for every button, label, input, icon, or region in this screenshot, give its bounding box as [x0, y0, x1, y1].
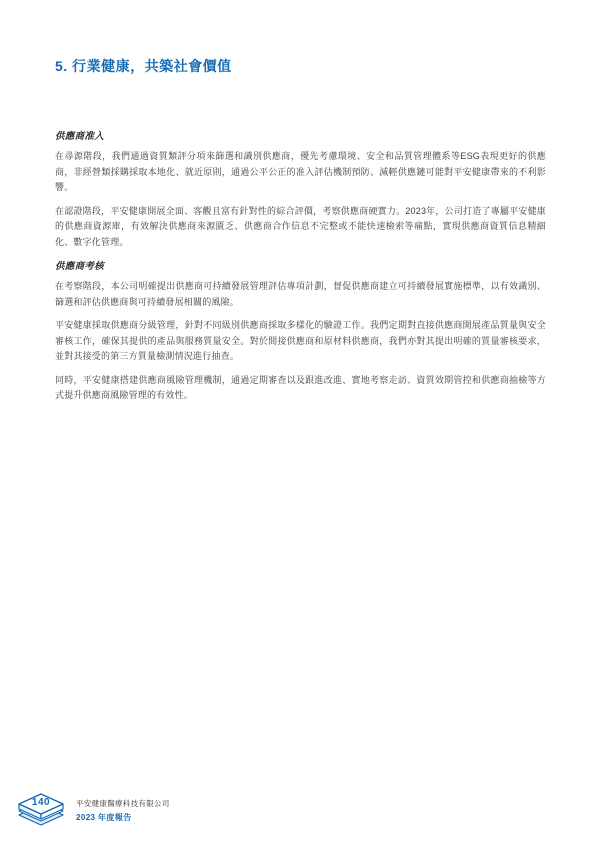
page-number: 140 [17, 797, 65, 808]
page-footer: 140 平安健康醫療科技有限公司 2023 年度報告 [17, 792, 170, 830]
paragraph-certification-stage: 在認證階段，平安健康開展全面、客觀且富有針對性的綜合評價，考察供應商硬實力。20… [55, 204, 546, 251]
paragraph-sourcing-stage: 在尋源階段，我們通過資質類評分項來篩選和識別供應商，優先考慮環境、安全和品質管理… [55, 149, 546, 196]
report-title: 2023 年度報告 [76, 812, 170, 823]
section-label-supplier-assessment: 供應商考核 [55, 258, 546, 272]
paragraph-tiered-management: 平安健康採取供應商分級管理，針對不同級別供應商採取多樣化的驗證工作。我們定期對直… [55, 318, 546, 365]
company-name: 平安健康醫療科技有限公司 [76, 798, 170, 809]
section-label-supplier-admission: 供應商准入 [55, 128, 546, 142]
page-title: 5. 行業健康，共築社會價值 [55, 56, 546, 76]
paragraph-assessment-stage: 在考察階段，本公司明確提出供應商可持續發展管理評估專項計劃，督促供應商建立可持續… [55, 279, 546, 310]
page-content: 5. 行業健康，共築社會價值 供應商准入 在尋源階段，我們通過資質類評分項來篩選… [55, 56, 546, 412]
footer-text: 平安健康醫療科技有限公司 2023 年度報告 [76, 792, 170, 823]
report-page: 5. 行業健康，共築社會價值 供應商准入 在尋源階段，我們通過資質類評分項來篩選… [0, 0, 596, 842]
paragraph-risk-management: 同時，平安健康搭建供應商風險管理機制，通過定期審查以及跟進改進、實地考察走訪、資… [55, 373, 546, 404]
page-number-badge: 140 [17, 792, 65, 830]
